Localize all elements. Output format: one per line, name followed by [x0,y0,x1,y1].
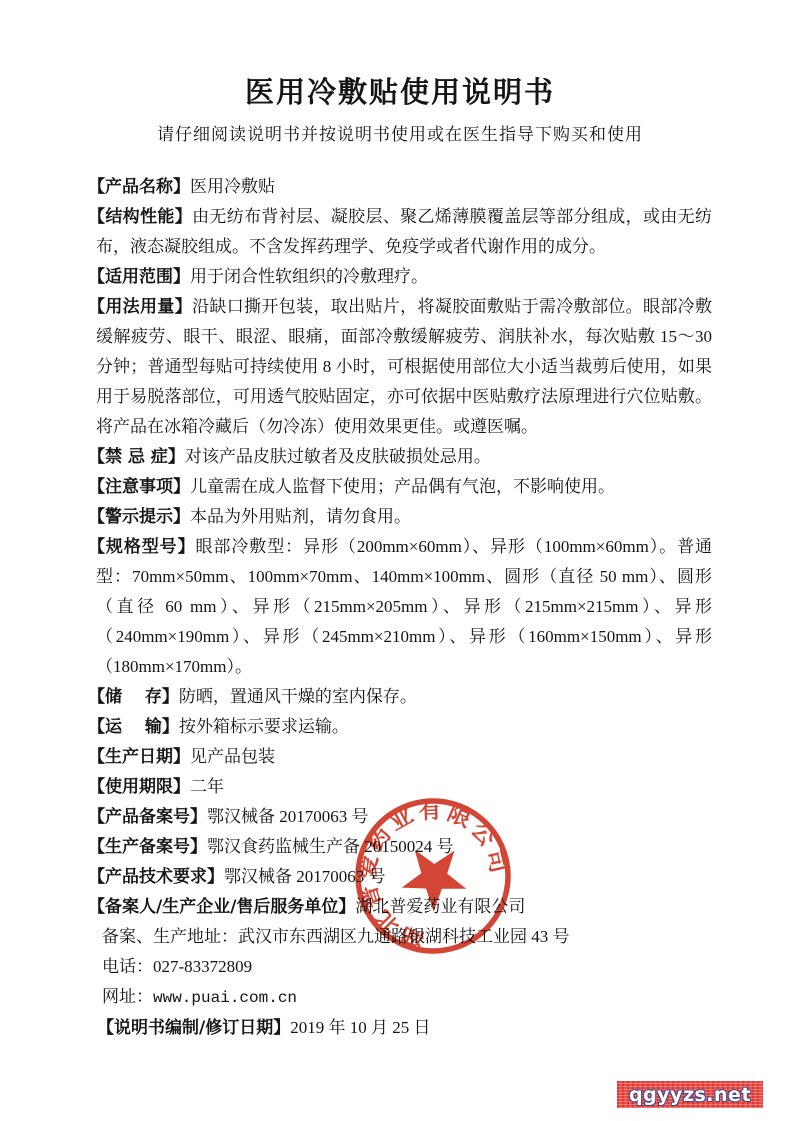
revision-date-row: 【说明书编制/修订日期】2019 年 10 月 25 日 [88,1013,712,1043]
section-label: 【适用范围】 [88,267,190,287]
site-watermark-text: qgyyzs.net [629,1084,751,1106]
section-row: 【生产日期】见产品包装 [88,742,712,772]
page-subtitle: 请仔细阅读说明书并按说明书使用或在医生指导下购买和使用 [0,124,800,146]
section-label: 【结构性能】 [88,207,192,227]
section-label: 【储 存】 [88,687,179,707]
section-label: 【使用期限】 [88,777,190,797]
website-url-text: www.puai.com.cn [153,989,297,1007]
section-label: 【生产备案号】 [88,837,207,857]
section-row: 【警示提示】本品为外用贴剂，请勿食用。 [88,502,712,532]
section-row: 【产品名称】医用冷敷贴 [88,172,712,202]
section-row: 【禁 忌 症】对该产品皮肤过敏者及皮肤破损处忌用。 [88,442,712,472]
section-row: 【注意事项】儿童需在成人监督下使用；产品偶有气泡，不影响使用。 [88,472,712,502]
section-row: 【备案人/生产企业/售后服务单位】湖北普爱药业有限公司 [88,892,712,922]
section-row: 【使用期限】二年 [88,772,712,802]
section-label: 【说明书编制/修订日期】 [97,1018,290,1038]
section-label: 【规格型号】 [88,537,196,557]
section-label: 【运 输】 [88,717,179,737]
contact-line: 电话：027-83372809 [88,952,712,982]
section-row: 【结构性能】由无纺布背衬层、凝胶层、聚乙烯薄膜覆盖层等部分组成，或由无纺布，液态… [88,202,712,262]
contact-line: 网址：www.puai.com.cn [88,982,712,1013]
section-row: 【规格型号】眼部冷敷型：异形（200mm×60mm）、异形（100mm×60mm… [88,532,712,682]
document-page: 医用冷敷贴使用说明书 请仔细阅读说明书并按说明书使用或在医生指导下购买和使用 【… [0,0,800,1121]
section-row: 【产品备案号】鄂汉械备 20170063 号 [88,802,712,832]
page-title: 医用冷敷贴使用说明书 [0,0,800,110]
section-label: 【警示提示】 [88,507,190,527]
section-row: 【用法用量】沿缺口撕开包装，取出贴片，将凝胶面敷贴于需冷敷部位。眼部冷敷缓解疲劳… [88,292,712,442]
section-row: 【储 存】防晒，置通风干燥的室内保存。 [88,682,712,712]
section-label: 【备案人/生产企业/售后服务单位】 [88,897,355,917]
document-body: 【产品名称】医用冷敷贴【结构性能】由无纺布背衬层、凝胶层、聚乙烯薄膜覆盖层等部分… [88,172,712,1043]
section-label: 【产品技术要求】 [88,867,224,887]
section-row: 【运 输】按外箱标示要求运输。 [88,712,712,742]
section-label: 【禁 忌 症】 [88,447,185,467]
section-label: 【注意事项】 [88,477,190,497]
section-label: 【用法用量】 [88,297,192,317]
section-row: 【适用范围】用于闭合性软组织的冷敷理疗。 [88,262,712,292]
contact-line: 备案、生产地址：武汉市东西湖区九通路银湖科技工业园 43 号 [88,922,712,952]
section-label: 【生产日期】 [88,747,190,767]
section-row: 【生产备案号】鄂汉食药监械生产备 20150024 号 [88,832,712,862]
section-row: 【产品技术要求】鄂汉械备 20170063 号 [88,862,712,892]
site-watermark-badge: qgyyzs.net [617,1081,763,1108]
section-label: 【产品备案号】 [88,807,207,827]
section-label: 【产品名称】 [88,177,190,197]
